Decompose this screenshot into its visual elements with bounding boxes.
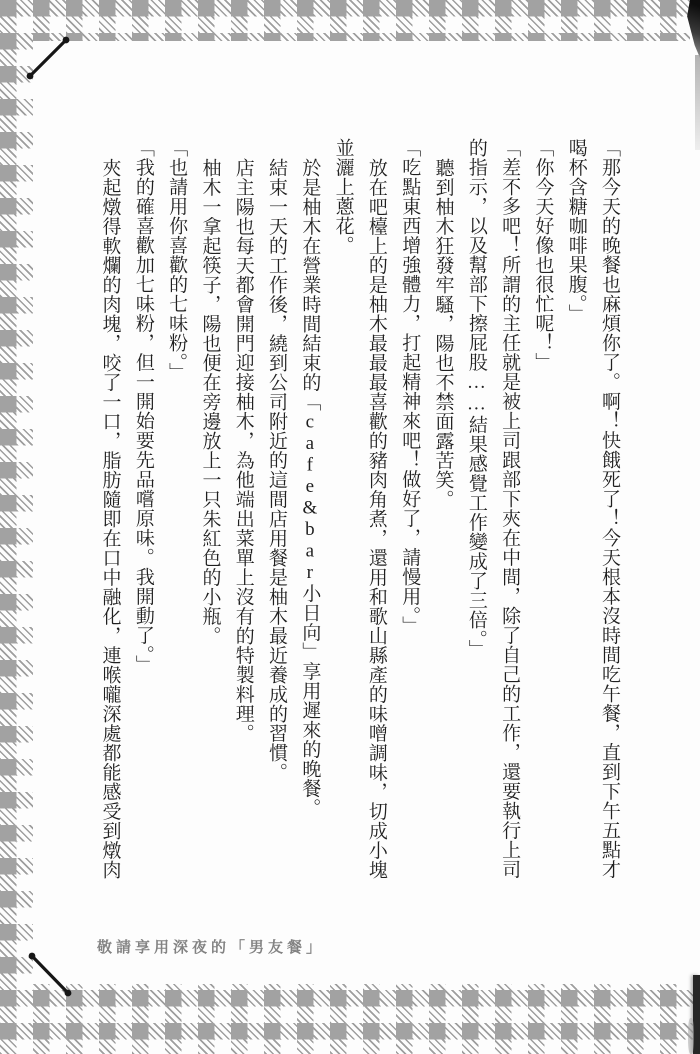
gingham-border-top (0, 0, 690, 41)
page-footer-caption: 敬請享用深夜的「男友餐」 (97, 936, 325, 957)
paragraph: 夾起燉得軟爛的肉塊，咬了一口，脂肪隨即在口中融化，連喉嚨深處都能感受到燉肉 (93, 138, 126, 884)
gingham-border-left (0, 0, 33, 1054)
paragraph: 柚木一拿起筷子，陽也便在旁邊放上一只朱紅色的小瓶。 (193, 138, 226, 884)
paragraph: 「也請用你喜歡的七味粉。」 (160, 138, 193, 884)
vertical-text-block: 「那今天的晚餐也麻煩你了。啊！快餓死了！今天根本沒時間吃午餐，直到下午五點才喝杯… (93, 138, 626, 884)
paragraph: 「差不多吧！所謂的主任就是被上司跟部下夾在中間，除了自己的工作，還要執行上司的指… (460, 138, 527, 884)
paragraph: 店主陽也每天都會開門迎接柚木，為他端出菜單上沒有的特製料理。 (226, 138, 259, 884)
paragraph: 於是柚木在營業時間結束的「cafe&bar小日向」享用遲來的晚餐。 (293, 138, 326, 884)
scan-artifact-top-right-tail (695, 55, 700, 150)
scan-artifact-bottom-right (693, 975, 700, 1054)
paragraph: 「吃點東西增強體力，打起精神來吧！做好了，請慢用。」 (393, 138, 426, 884)
scanned-novel-page: { "page": { "paragraphs": [ {"text": "「那… (0, 0, 700, 1054)
scan-artifact-bottom-right-smudge (688, 1018, 694, 1054)
gingham-border-bottom (0, 984, 700, 1054)
paragraph: 「你今天好像也很忙呢！」 (526, 138, 559, 884)
paragraph: 聽到柚木狂發牢騷，陽也不禁面露苦笑。 (426, 138, 459, 884)
paragraph: 結束一天的工作後，繞到公司附近的這間店用餐是柚木最近養成的習慣。 (260, 138, 293, 884)
paragraph: 「我的確喜歡加七味粉，但一開始要先品嚐原味。我開動了。」 (127, 138, 160, 884)
paragraph: 「那今天的晚餐也麻煩你了。啊！快餓死了！今天根本沒時間吃午餐，直到下午五點才喝杯… (559, 138, 626, 884)
paragraph: 放在吧檯上的是柚木最最最喜歡的豬肉角煮，還用和歌山縣產的味噌調味，切成小塊並灑上… (326, 138, 393, 884)
